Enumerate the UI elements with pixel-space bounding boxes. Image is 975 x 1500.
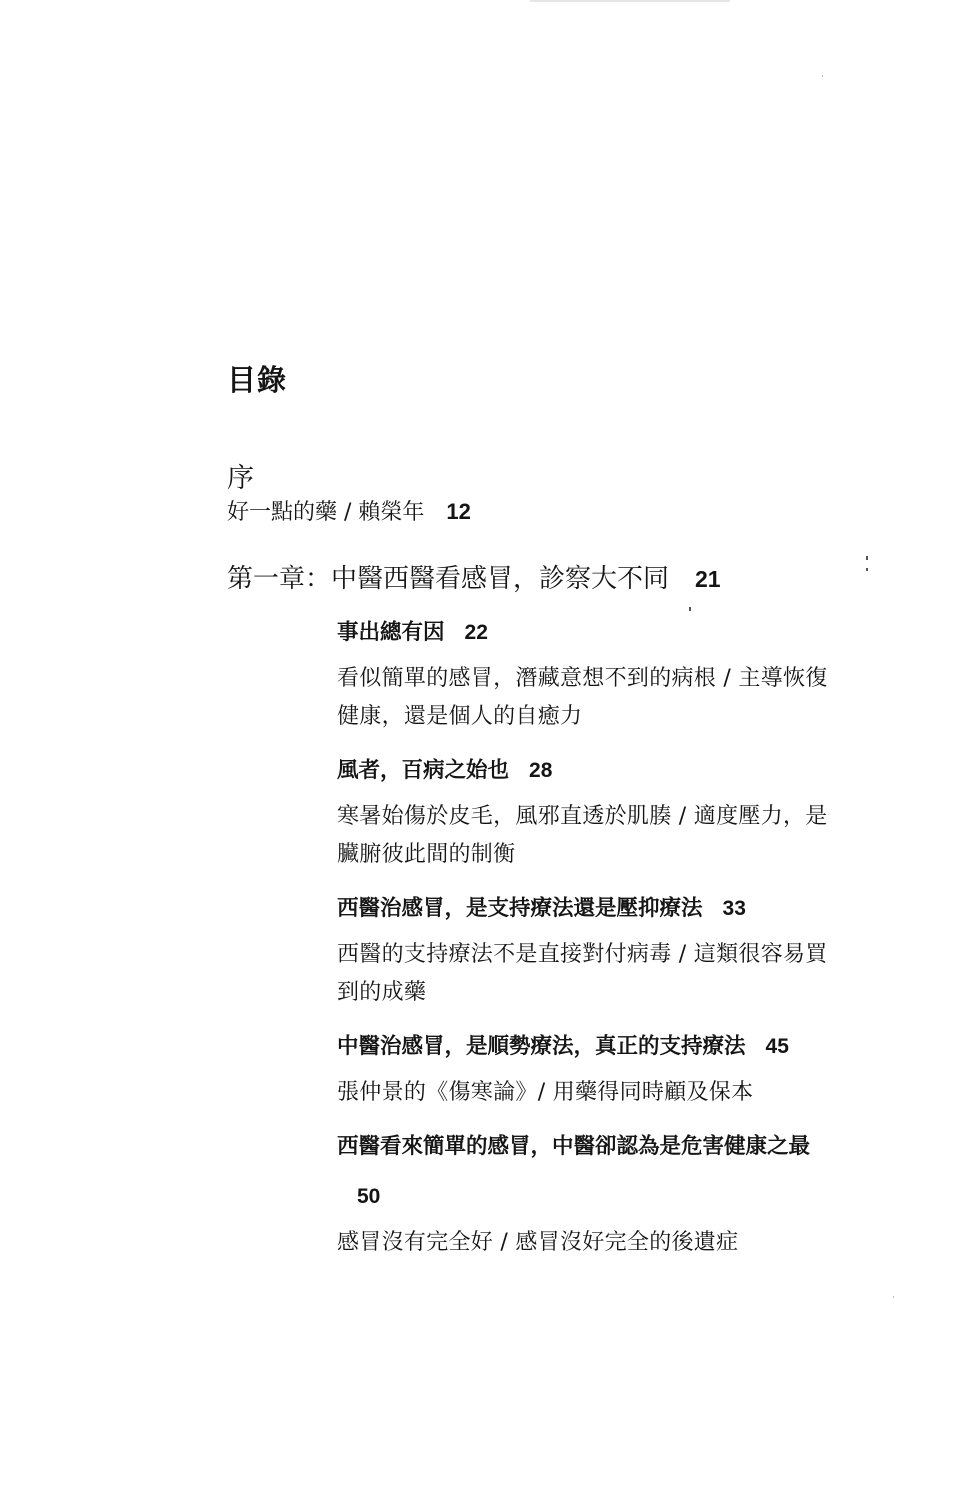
section-heading: 風者，百病之始也28: [337, 756, 847, 786]
scan-speck: [866, 556, 868, 560]
toc-section[interactable]: 中醫治感冒，是順勢療法，真正的支持療法45 張仲景的《傷寒論》/ 用藥得同時顧及…: [337, 1032, 847, 1112]
scan-speck: [689, 607, 691, 611]
section-description: 寒暑始傷於皮毛，風邪直透於肌腠 / 適度壓力，是臟腑彼此間的制衡: [337, 798, 847, 874]
scan-edge-mark: [530, 0, 730, 2]
toc-title: 目錄: [227, 358, 287, 399]
page-number: 22: [465, 621, 488, 644]
chapter-title: 第一章：中醫西醫看感冒，診察大不同: [227, 564, 669, 594]
section-description: 西醫的支持療法不是直接對付病毒 / 這類很容易買到的成藥: [337, 936, 847, 1012]
preface-entry-text: 好一點的藥 / 賴榮年: [227, 500, 424, 525]
section-heading: 西醫治感冒，是支持療法還是壓抑療法33: [337, 894, 847, 924]
section-heading: 中醫治感冒，是順勢療法，真正的支持療法45: [337, 1032, 847, 1062]
toc-section[interactable]: 風者，百病之始也28 寒暑始傷於皮毛，風邪直透於肌腠 / 適度壓力，是臟腑彼此間…: [337, 756, 847, 874]
page-number: 21: [695, 566, 721, 592]
section-description: 看似簡單的感冒，潛藏意想不到的病根 / 主導恢復健康，還是個人的自癒力: [337, 660, 847, 736]
section-heading-text: 西醫治感冒，是支持療法還是壓抑療法: [337, 896, 703, 921]
toc-section[interactable]: 西醫看來簡單的感冒，中醫卻認為是危害健康之最50 感冒沒有完全好 / 感冒沒好完…: [337, 1122, 847, 1262]
section-description: 張仲景的《傷寒論》/ 用藥得同時顧及保本: [337, 1074, 847, 1112]
page-number: 45: [766, 1035, 789, 1058]
page-number: 33: [723, 897, 746, 920]
scan-speck: [822, 75, 823, 77]
toc-section[interactable]: 西醫治感冒，是支持療法還是壓抑療法33 西醫的支持療法不是直接對付病毒 / 這類…: [337, 894, 847, 1012]
preface-label: 序: [227, 456, 254, 495]
preface-entry[interactable]: 好一點的藥 / 賴榮年12: [227, 495, 471, 526]
page-number: 28: [529, 759, 552, 782]
section-heading-text: 西醫看來簡單的感冒，中醫卻認為是危害健康之最: [337, 1134, 810, 1159]
section-heading: 西醫看來簡單的感冒，中醫卻認為是危害健康之最50: [337, 1122, 847, 1222]
section-heading: 事出總有因22: [337, 618, 847, 648]
section-description: 感冒沒有完全好 / 感冒沒好完全的後遺症: [337, 1224, 847, 1262]
toc-section[interactable]: 事出總有因22 看似簡單的感冒，潛藏意想不到的病根 / 主導恢復健康，還是個人的…: [337, 618, 847, 736]
scan-speck: [893, 1296, 894, 1298]
chapter-1-heading[interactable]: 第一章：中醫西醫看感冒，診察大不同21: [227, 558, 721, 595]
section-heading-text: 風者，百病之始也: [337, 758, 509, 783]
section-heading-text: 中醫治感冒，是順勢療法，真正的支持療法: [337, 1034, 746, 1059]
page-number: 12: [446, 499, 470, 524]
scan-speck: [866, 568, 868, 571]
section-heading-text: 事出總有因: [337, 620, 445, 645]
page-number: 50: [357, 1185, 380, 1208]
